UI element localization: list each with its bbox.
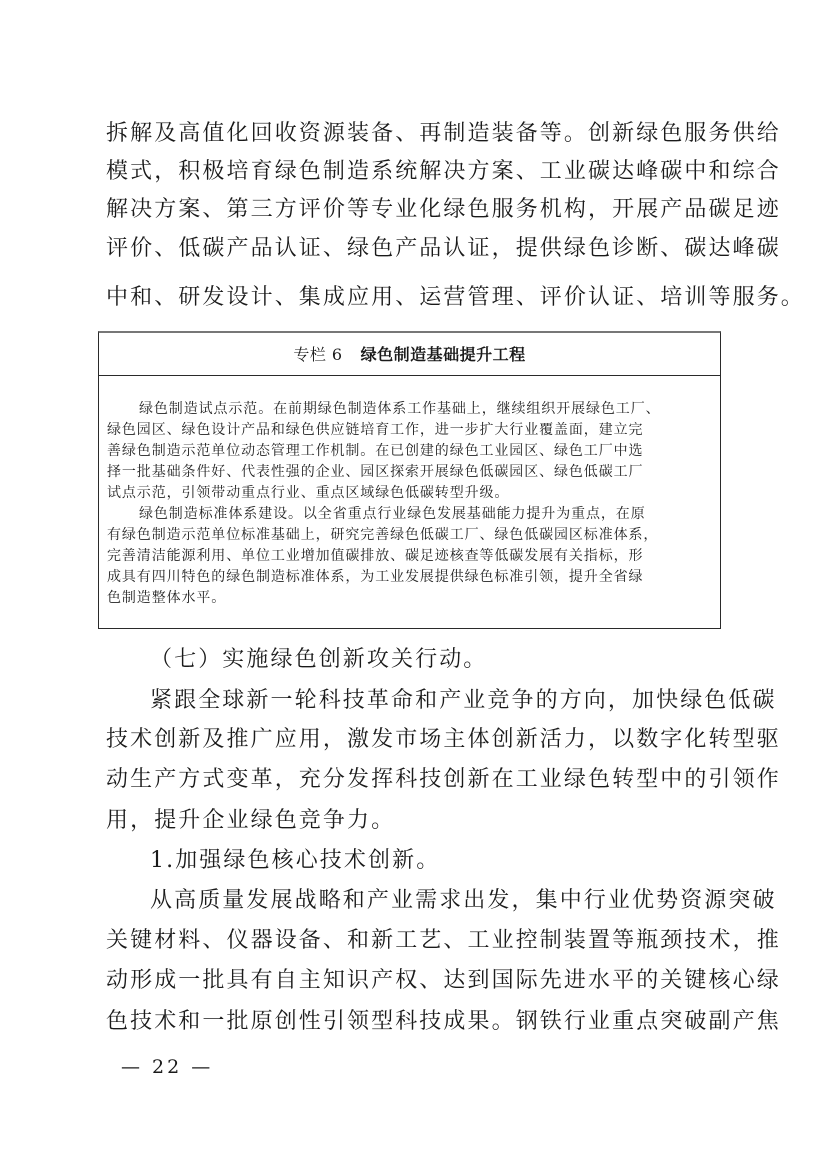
body-text-line: 评价、低碳产品认证、绿色产品认证，提供绿色诊断、碳达峰碳 <box>106 234 722 264</box>
body-text-line: 动生产方式变革，充分发挥科技创新在工业绿色转型中的引领作 <box>106 765 722 795</box>
body-text-line: 关键材料、仪器设备、和新工艺、工业控制装置等瓶颈技术，推 <box>106 926 722 956</box>
body-text-line: 解决方案、第三方评价等专业化绿色服务机构，开展产品碳足迹 <box>106 195 722 225</box>
box-text-line: 绿色制造标准体系建设。以全省重点行业绿色发展基础能力提升为重点，在原 <box>139 504 713 524</box>
box-text-line: 成具有四川特色的绿色制造标准体系，为工业发展提供绿色标准引领，提升全省绿 <box>107 567 713 587</box>
body-text-line: 动形成一批具有自主知识产权、达到国际先进水平的关键核心绿 <box>106 966 722 996</box>
box-text-line: 绿色园区、绿色设计产品和绿色供应链培育工作，进一步扩大行业覆盖面，建立完 <box>107 420 713 440</box>
box-text-line: 试点示范，引领带动重点行业、重点区域绿色低碳转型升级。 <box>107 483 713 503</box>
box-text-line: 善绿色制造示范单位动态管理工作机制。在已创建的绿色工业园区、绿色工厂中选 <box>107 441 713 461</box>
body-text-line: 模式，积极培育绿色制造系统解决方案、工业碳达峰碳中和综合 <box>106 157 722 187</box>
column-label: 专栏 6 <box>293 345 342 364</box>
document-page: 拆解及高值化回收资源装备、再制造装备等。创新绿色服务供给 模式，积极培育绿色制造… <box>0 0 826 1169</box>
body-text-line: 色技术和一批原创性引领型科技成果。钢铁行业重点突破副产焦 <box>106 1007 722 1037</box>
body-text-line: 技术创新及推广应用，激发市场主体创新活力，以数字化转型驱 <box>106 725 722 755</box>
column-box: 专栏 6绿色制造基础提升工程 绿色制造试点示范。在前期绿色制造体系工作基础上，继… <box>98 331 721 629</box>
page-number: — 22 — <box>121 1055 213 1079</box>
body-text-line: 中和、研发设计、集成应用、运营管理、评价认证、培训等服务。 <box>106 283 722 313</box>
body-text-line: 用，提升企业绿色竞争力。 <box>106 806 722 836</box>
column-title: 绿色制造基础提升工程 <box>361 345 526 364</box>
box-text-line: 择一批基础条件好、代表性强的企业、园区探索开展绿色低碳园区、绿色低碳工厂 <box>107 462 713 482</box>
box-text-line: 色制造整体水平。 <box>107 588 713 608</box>
box-text-line: 有绿色制造示范单位标准基础上，研究完善绿色低碳工厂、绿色低碳园区标准体系， <box>107 525 713 545</box>
box-text-line: 绿色制造试点示范。在前期绿色制造体系工作基础上，继续组织开展绿色工厂、 <box>139 399 713 419</box>
box-text-line: 完善清洁能源利用、单位工业增加值碳排放、碳足迹核查等低碳发展有关指标，形 <box>107 546 713 566</box>
body-text-line: 拆解及高值化回收资源装备、再制造装备等。创新绿色服务供给 <box>106 119 722 149</box>
subheading: 1.加强绿色核心技术创新。 <box>150 846 766 876</box>
body-text-line: 从高质量发展战略和产业需求出发，集中行业优势资源突破 <box>150 886 722 916</box>
section-heading: （七）实施绿色创新攻关行动。 <box>150 645 766 675</box>
body-text-line: 紧跟全球新一轮科技革命和产业竞争的方向，加快绿色低碳 <box>150 686 722 716</box>
column-box-header: 专栏 6绿色制造基础提升工程 <box>99 333 720 376</box>
